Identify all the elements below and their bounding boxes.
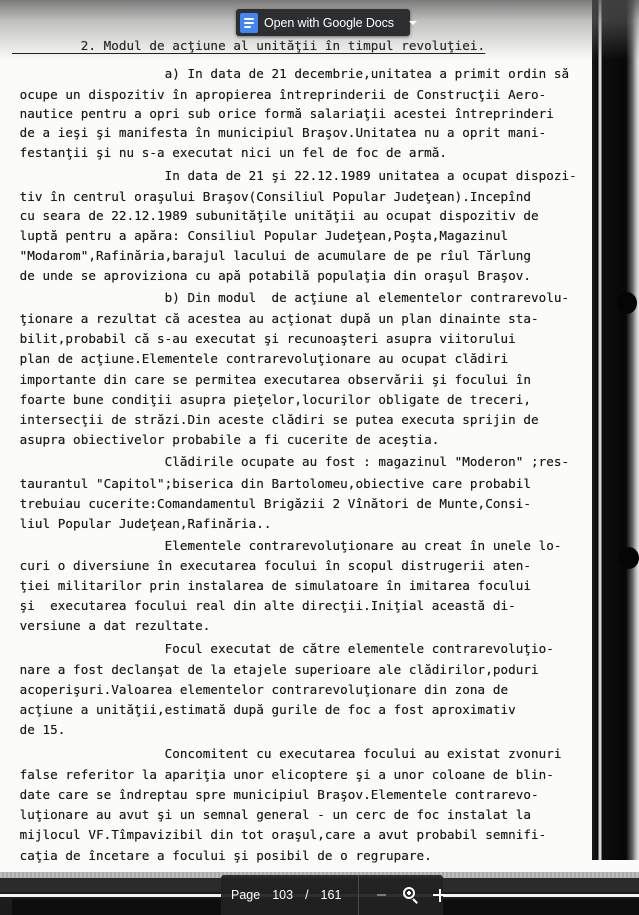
text-line: a) In data de 21 decembrie,unitatea a pr…: [12, 66, 569, 82]
text-line: Focul executat de către elementele contr…: [12, 641, 554, 657]
text-line: date care se îndreptau spre municipiul B…: [12, 787, 539, 803]
page-label: Page: [231, 888, 260, 902]
text-line: acoperişuri.Valoarea elementelor contrar…: [12, 682, 508, 698]
punch-hole: [619, 547, 639, 569]
text-line: caţia de încetare a focului şi posibil d…: [12, 848, 432, 864]
punch-hole: [617, 292, 637, 314]
text-line: de a ieşi şi manifesta în municipiul Bra…: [12, 125, 546, 141]
text-line: versiune a dat rezultate.: [12, 618, 210, 634]
text-line: liul Popular Judeţean,Rafinăria..: [12, 516, 272, 532]
text-line: acţiune a unităţii,estimată după gurile …: [12, 702, 516, 718]
text-line: Concomitent cu executarea focului au exi…: [12, 746, 562, 762]
text-line: asupra obiectivelor probabile a fi cucer…: [12, 432, 439, 448]
text-line: de 15.: [12, 722, 65, 738]
text-line: mijlocul VF.Tîmpavizibil din tot oraşul,…: [12, 827, 546, 843]
text-line: ţionare a rezultat că acestea au acţiona…: [12, 311, 539, 327]
text-line: bilit,probabil că s-au executat şi recun…: [12, 331, 516, 347]
text-line: cu seara de 22.12.1989 subunităţile unit…: [12, 208, 539, 224]
text-line: plan de acţiune.Elementele contrarevoluţ…: [12, 351, 508, 367]
text-line: nare a fost declanşat de la etajele supe…: [12, 662, 539, 678]
text-line: foarte bune condiţii asupra pieţelor,loc…: [12, 392, 531, 408]
text-line: false referitor la apariţia unor elicopt…: [12, 767, 554, 783]
text-line: festanţii şi nu s-a executat nici un fel…: [12, 145, 447, 161]
magnifier-icon[interactable]: [403, 887, 415, 903]
text-line: nautice pentru a opri sub orice formă sa…: [12, 106, 554, 122]
text-line: importante din care se permitea executar…: [12, 372, 531, 388]
text-line: Clădirile ocupate au fost : magazinul "M…: [12, 454, 569, 470]
caret-down-icon[interactable]: [409, 21, 417, 25]
open-with-label: Open with Google Docs: [264, 16, 394, 30]
text-line: intersecţii de străzi.Din aceste clădiri…: [12, 412, 539, 428]
scan-binding-edge: [592, 0, 639, 860]
text-line: Elementele contrarevoluţionare au creat …: [12, 538, 562, 554]
text-line: şi executarea focului real din alte dire…: [12, 598, 516, 614]
minus-icon[interactable]: [377, 894, 386, 896]
page-navigation-toolbar: Page 103 / 161: [221, 875, 443, 915]
text-line: trebuiau cucerite:Comandamentul Brigăzii…: [12, 496, 531, 512]
open-with-google-docs-button[interactable]: Open with Google Docs: [236, 9, 410, 36]
text-line: curi o diversiune în executarea focului …: [12, 558, 531, 574]
pdf-viewer: 2. Modul de acţiune al unităţii în timpu…: [0, 0, 639, 915]
text-line: b) Din modul de acţiune al elementelor c…: [12, 290, 569, 306]
text-line: luţionare au avut şi un semnal general -…: [12, 807, 531, 823]
page-separator-slash: /: [305, 888, 308, 902]
google-docs-icon: [240, 13, 258, 33]
current-page-number[interactable]: 103: [272, 888, 293, 902]
total-pages: 161: [321, 888, 342, 902]
text-line: tiv în centrul oraşului Braşov(Consiliul…: [12, 189, 531, 205]
text-line: ocupe un dispozitiv în apropierea întrep…: [12, 87, 546, 103]
text-line: "Modarom",Rafinăria,barajul lacului de a…: [12, 248, 531, 264]
text-line: ţiei militarilor prin instalarea de simu…: [12, 578, 531, 594]
text-line: taurantul "Capitol";biserica din Bartolo…: [12, 476, 531, 492]
text-line: In data de 21 şi 22.12.1989 unitatea a o…: [12, 168, 577, 184]
toolbar-divider: [358, 875, 359, 915]
plus-icon[interactable]: [433, 889, 443, 902]
scanned-document-page: 2. Modul de acţiune al unităţii în timpu…: [0, 0, 639, 872]
text-line: luptă pentru a apăra: Consiliul Popular …: [12, 228, 508, 244]
text-line: de unde se aproviziona cu apă potabilă p…: [12, 268, 531, 284]
section-heading: 2. Modul de acţiune al unităţii în timpu…: [12, 38, 485, 54]
